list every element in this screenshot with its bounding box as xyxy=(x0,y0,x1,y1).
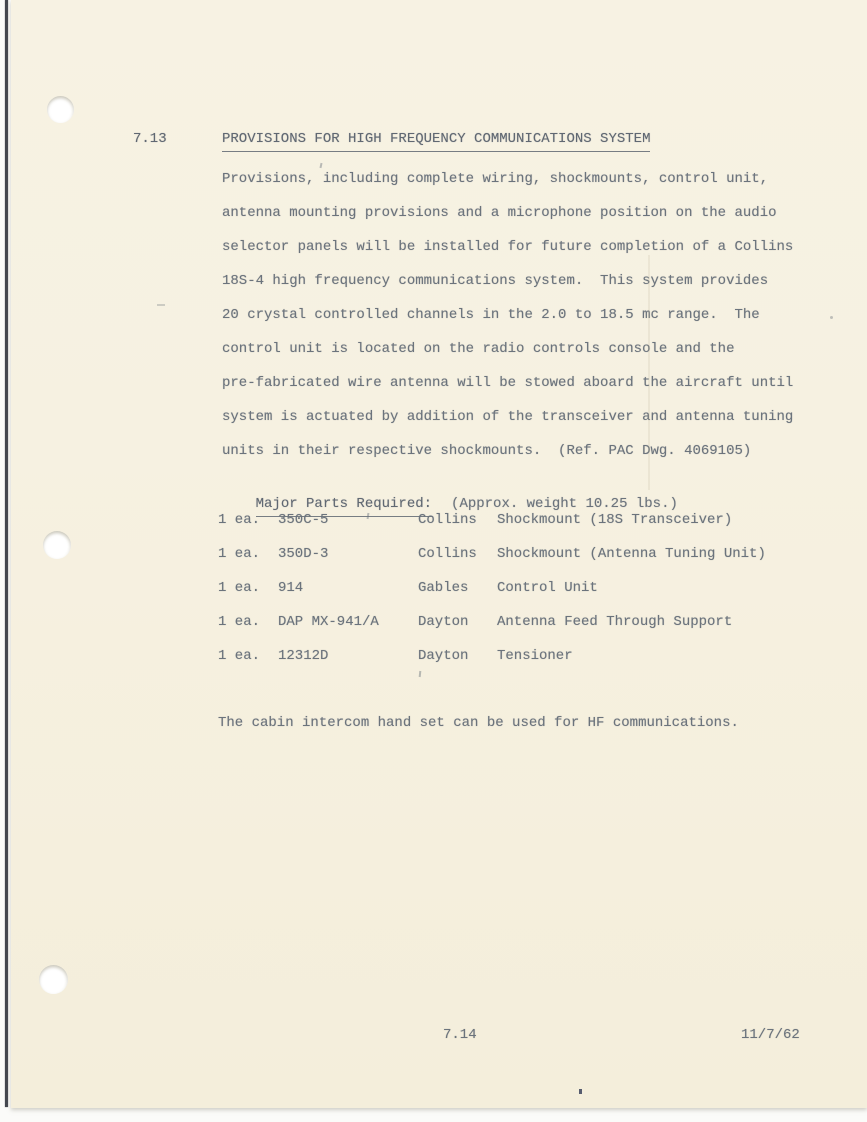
closing-note: The cabin intercom hand set can be used … xyxy=(218,713,739,733)
part-description: Antenna Feed Through Support xyxy=(497,605,732,639)
part-qty: 1 ea. xyxy=(218,639,260,673)
part-number: 914 xyxy=(278,571,303,605)
footer-page-number: 7.14 xyxy=(443,1025,477,1045)
part-manufacturer: Gables xyxy=(418,571,468,605)
body-paragraph: Provisions, including complete wiring, s… xyxy=(222,162,793,468)
paragraph-line: antenna mounting provisions and a microp… xyxy=(222,196,793,230)
paragraph-line: control unit is located on the radio con… xyxy=(222,332,793,366)
part-qty: 1 ea. xyxy=(218,605,260,639)
parts-row: 1 ea. 12312D Dayton Tensioner xyxy=(218,639,867,673)
part-description: Control Unit xyxy=(497,571,598,605)
paragraph-line: 18S-4 high frequency communications syst… xyxy=(222,264,793,298)
paragraph-line: system is actuated by addition of the tr… xyxy=(222,400,793,434)
scan-speck xyxy=(579,1089,582,1094)
part-manufacturer: Collins xyxy=(418,537,477,571)
paragraph-line: pre-fabricated wire antenna will be stow… xyxy=(222,366,793,400)
part-qty: 1 ea. xyxy=(218,571,260,605)
parts-row: 1 ea. 350C-5 Collins Shockmount (18S Tra… xyxy=(218,503,867,537)
part-description: Shockmount (18S Transceiver) xyxy=(497,503,732,537)
punch-hole-top xyxy=(47,96,74,123)
part-description: Shockmount (Antenna Tuning Unit) xyxy=(497,537,766,571)
parts-row: 1 ea. DAP MX-941/A Dayton Antenna Feed T… xyxy=(218,605,867,639)
scan-speck xyxy=(419,671,422,677)
scan-speck xyxy=(830,316,833,319)
part-qty: 1 ea. xyxy=(218,537,260,571)
part-manufacturer: Dayton xyxy=(418,639,468,673)
punch-hole-middle xyxy=(43,531,71,559)
part-description: Tensioner xyxy=(497,639,573,673)
paper-crease xyxy=(648,255,650,490)
paragraph-line: 20 crystal controlled channels in the 2.… xyxy=(222,298,793,332)
scan-speck xyxy=(157,304,165,306)
parts-row: 1 ea. 914 Gables Control Unit xyxy=(218,571,867,605)
part-number: 350C-5 xyxy=(278,503,328,537)
part-number: 12312D xyxy=(278,639,328,673)
part-manufacturer: Collins xyxy=(418,503,477,537)
footer-date: 11/7/62 xyxy=(741,1025,800,1045)
scan-background: { "page": { "section_number": "7.13", "h… xyxy=(0,0,867,1122)
parts-row: 1 ea. 350D-3 Collins Shockmount (Antenna… xyxy=(218,537,867,571)
part-number: DAP MX-941/A xyxy=(278,605,379,639)
paper-sheet: 7.13 PROVISIONS FOR HIGH FREQUENCY COMMU… xyxy=(11,0,867,1108)
paragraph-line: Provisions, including complete wiring, s… xyxy=(222,162,793,196)
section-number: 7.13 xyxy=(133,129,167,149)
section-heading: PROVISIONS FOR HIGH FREQUENCY COMMUNICAT… xyxy=(222,129,650,152)
paragraph-line: units in their respective shockmounts. (… xyxy=(222,434,793,468)
parts-list: 1 ea. 350C-5 Collins Shockmount (18S Tra… xyxy=(218,503,867,673)
part-number: 350D-3 xyxy=(278,537,328,571)
punch-hole-bottom xyxy=(39,965,68,994)
scanner-edge-line xyxy=(5,0,8,1107)
paragraph-line: selector panels will be installed for fu… xyxy=(222,230,793,264)
part-qty: 1 ea. xyxy=(218,503,260,537)
part-manufacturer: Dayton xyxy=(418,605,468,639)
